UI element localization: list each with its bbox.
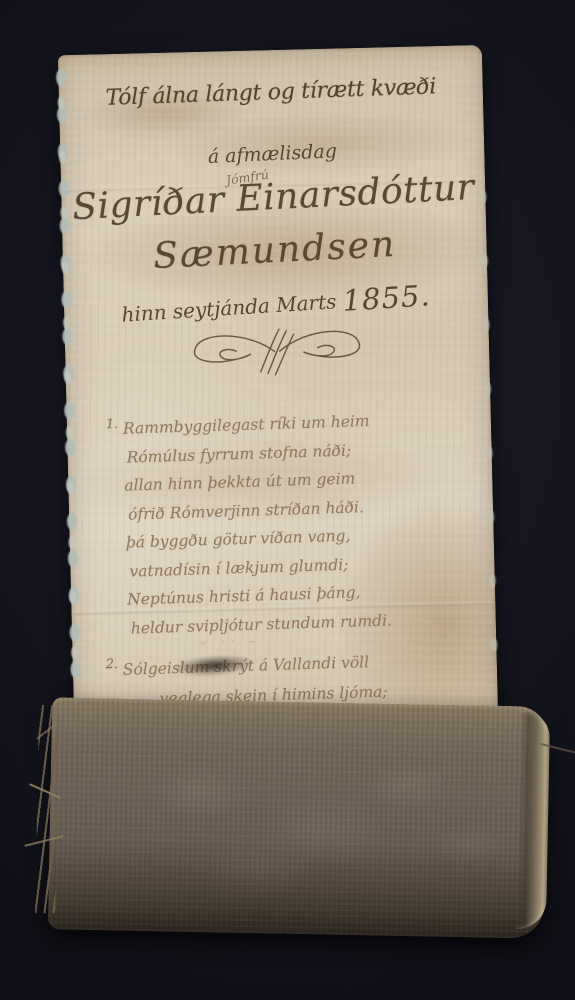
fabric-roller (48, 697, 548, 938)
stanza-1: 1. Rammbyggilegast ríki um heim Rómúlus … (123, 407, 393, 641)
calligraphic-flourish-icon (171, 320, 383, 387)
parchment-sheet: Tólf álna lángt og tírætt kvæði á afmæli… (58, 45, 498, 727)
stanza-2-number: 2. (106, 657, 119, 672)
stanza-1-number: 1. (106, 417, 119, 432)
bleedthrough-marks: – ·· – (200, 634, 261, 648)
photo-background: Tólf álna lángt og tírætt kvæði á afmæli… (0, 0, 575, 1000)
fabric-weave-texture (48, 697, 548, 938)
date-year: 1855. (342, 278, 432, 317)
